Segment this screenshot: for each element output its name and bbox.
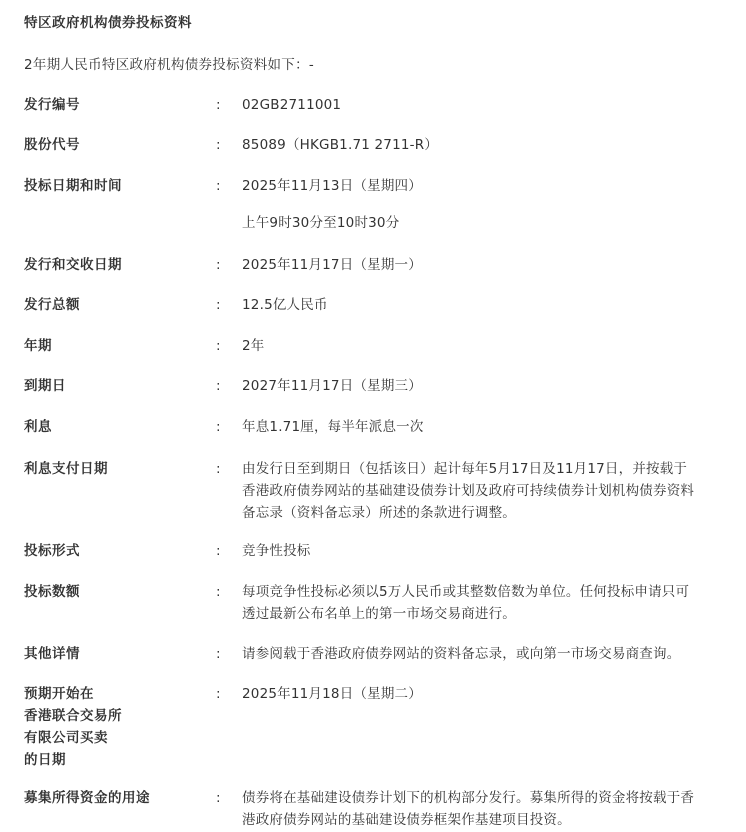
- field-value: 2年: [242, 335, 724, 357]
- label-line: 香港联合交易所: [24, 705, 216, 727]
- value-line: 香港政府债券网站的基础建设债券计划及政府可持续债券计划机构债券资料: [242, 480, 724, 502]
- field-value: 由发行日至到期日（包括该日）起计每年5月17日及11月17日，并按载于 香港政府…: [242, 458, 724, 524]
- value-line: 备忘录（资料备忘录）所述的条款进行调整。: [242, 502, 724, 524]
- row-issue-settlement-date: 发行和交收日期 : 2025年11月17日（星期一）: [24, 254, 724, 276]
- tender-date: 2025年11月13日（星期四）: [242, 175, 724, 197]
- separator: :: [216, 294, 242, 316]
- tender-time: 上午9时30分至10时30分: [242, 212, 724, 234]
- label-line: 有限公司买卖: [24, 727, 216, 749]
- separator: :: [216, 254, 242, 276]
- value-line: 债券将在基础建设债券计划下的机构部分发行。募集所得的资金将按载于香: [242, 787, 724, 809]
- page-title: 特区政府机构债券投标资料: [24, 13, 192, 33]
- row-maturity-date: 到期日 : 2027年11月17日（星期三）: [24, 375, 724, 397]
- separator: :: [216, 416, 242, 438]
- field-value: 02GB2711001: [242, 94, 724, 116]
- row-interest-payment-dates: 利息支付日期 : 由发行日至到期日（包括该日）起计每年5月17日及11月17日，…: [24, 458, 724, 524]
- separator: :: [216, 458, 242, 524]
- separator: :: [216, 375, 242, 397]
- field-label: 预期开始在 香港联合交易所 有限公司买卖 的日期: [24, 683, 216, 771]
- separator: :: [216, 175, 242, 234]
- intro-text: 2年期人民币特区政府机构债券投标资料如下：-: [24, 55, 314, 75]
- field-label: 投标形式: [24, 540, 216, 562]
- field-label: 投标数额: [24, 581, 216, 625]
- field-label: 募集所得资金的用途: [24, 787, 216, 831]
- field-label: 股份代号: [24, 134, 216, 156]
- separator: :: [216, 335, 242, 357]
- row-issue-amount: 发行总额 : 12.5亿人民币: [24, 294, 724, 316]
- field-value: 2025年11月13日（星期四） 上午9时30分至10时30分: [242, 175, 724, 234]
- value-line: 由发行日至到期日（包括该日）起计每年5月17日及11月17日，并按载于: [242, 458, 724, 480]
- row-use-of-proceeds: 募集所得资金的用途 : 债券将在基础建设债券计划下的机构部分发行。募集所得的资金…: [24, 787, 724, 831]
- value-line: 港政府债券网站的基础建设债券框架作基建项目投资。: [242, 809, 724, 831]
- separator: :: [216, 581, 242, 625]
- field-value: 2025年11月18日（星期二）: [242, 683, 724, 771]
- separator: :: [216, 94, 242, 116]
- field-label: 年期: [24, 335, 216, 357]
- field-value: 请参阅载于香港政府债券网站的资料备忘录，或向第一市场交易商查询。: [242, 643, 724, 665]
- value-line: 每项竞争性投标必须以5万人民币或其整数倍数为单位。任何投标申请只可: [242, 581, 724, 603]
- separator: :: [216, 787, 242, 831]
- row-expected-listing-date: 预期开始在 香港联合交易所 有限公司买卖 的日期 : 2025年11月18日（星…: [24, 683, 724, 771]
- label-line: 预期开始在: [24, 683, 216, 705]
- field-label: 利息: [24, 416, 216, 438]
- label-line: 的日期: [24, 749, 216, 771]
- field-value: 年息1.71厘，每半年派息一次: [242, 416, 724, 438]
- separator: :: [216, 683, 242, 771]
- field-value: 85089（HKGB1.71 2711-R）: [242, 134, 724, 156]
- row-interest: 利息 : 年息1.71厘，每半年派息一次: [24, 416, 724, 438]
- separator: :: [216, 643, 242, 665]
- value-line: 透过最新公布名单上的第一市场交易商进行。: [242, 603, 724, 625]
- row-other-details: 其他详情 : 请参阅载于香港政府债券网站的资料备忘录，或向第一市场交易商查询。: [24, 643, 724, 665]
- field-value: 竞争性投标: [242, 540, 724, 562]
- field-value: 2025年11月17日（星期一）: [242, 254, 724, 276]
- field-value: 12.5亿人民币: [242, 294, 724, 316]
- field-label: 投标日期和时间: [24, 175, 216, 234]
- field-label: 发行总额: [24, 294, 216, 316]
- field-label: 到期日: [24, 375, 216, 397]
- row-issue-number: 发行编号 : 02GB2711001: [24, 94, 724, 116]
- row-tenor: 年期 : 2年: [24, 335, 724, 357]
- separator: :: [216, 540, 242, 562]
- row-stock-code: 股份代号 : 85089（HKGB1.71 2711-R）: [24, 134, 724, 156]
- separator: :: [216, 134, 242, 156]
- row-tender-date-time: 投标日期和时间 : 2025年11月13日（星期四） 上午9时30分至10时30…: [24, 175, 724, 234]
- row-tender-format: 投标形式 : 竞争性投标: [24, 540, 724, 562]
- field-label: 发行和交收日期: [24, 254, 216, 276]
- field-label: 发行编号: [24, 94, 216, 116]
- field-value: 2027年11月17日（星期三）: [242, 375, 724, 397]
- field-value: 每项竞争性投标必须以5万人民币或其整数倍数为单位。任何投标申请只可 透过最新公布…: [242, 581, 724, 625]
- field-label: 利息支付日期: [24, 458, 216, 524]
- row-tender-amount: 投标数额 : 每项竞争性投标必须以5万人民币或其整数倍数为单位。任何投标申请只可…: [24, 581, 724, 625]
- field-value: 债券将在基础建设债券计划下的机构部分发行。募集所得的资金将按载于香 港政府债券网…: [242, 787, 724, 831]
- field-label: 其他详情: [24, 643, 216, 665]
